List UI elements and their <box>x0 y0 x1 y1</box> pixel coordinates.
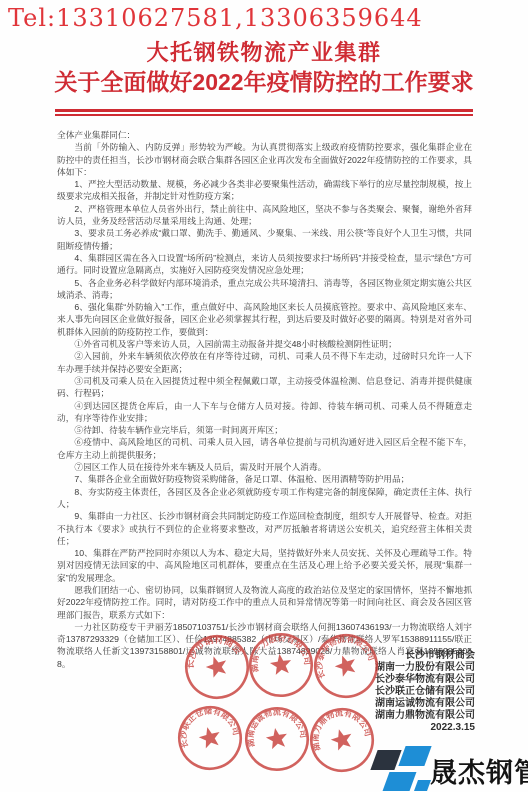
company-stamp: 长沙泰华物流有限公司 <box>313 633 379 699</box>
paragraph: ⑦园区工作人员在接待外来车辆及人员后，需及时开展个人消毒。 <box>57 461 472 473</box>
signature-company: 湖南一力股份有限公司 <box>375 662 475 674</box>
paragraph: 3、要求员工务必养成“戴口罩、勤洗手、勤通风、少聚集、一米线、用公筷”等良好个人… <box>57 227 472 252</box>
paragraph: ⑤待卸、待装车辆作业完毕后，须第一时间离开库区； <box>57 424 472 436</box>
paragraph: 6、强化集群“外防输入”工作，重点做好中、高风险地区来长人员摸底管控。要求中、高… <box>57 301 472 338</box>
paragraph: 7、集群各企业全面做好防疫物资采购储备，备足口罩、体温枪、医用酒精等防护用品； <box>57 473 472 485</box>
paragraph: 2、严格管理本单位人员省外出行，禁止前往中、高风险地区，坚决不参与各类聚会、聚餐… <box>57 203 472 228</box>
watermark-brand-name: 晟杰钢管 <box>430 751 528 790</box>
signature-company: 长沙泰华物流有限公司 <box>375 674 475 686</box>
company-stamp: 长沙联正仓储有限公司 <box>177 705 243 771</box>
document-title-org: 大托钢铁物流产业集群 <box>0 36 528 67</box>
logo-parallelogram-blue-top <box>398 746 431 766</box>
paragraph: ④到达园区提货仓库后，由一人下车与仓储方人员对接。待卸、待装车辆司机、司乘人员不… <box>57 400 472 425</box>
company-stamp: 湖南力鼎物流有限公司 <box>309 707 375 773</box>
company-stamp: 长沙市钢材商会 <box>184 634 250 700</box>
signature-company-lines: 长沙市钢材商会湖南一力股份有限公司长沙泰华物流有限公司长沙联正仓储有限公司湖南运… <box>375 650 475 722</box>
paragraph: ⑥疫情中、高风险地区的司机、司乘人员入园，请各单位提前与司机沟通好进入园区后全程… <box>57 436 472 461</box>
paragraph: ②入园前，外来车辆须依次停放在有序等待过磅，司机、司乘人员不得下车走动，过磅时只… <box>57 350 472 375</box>
body-paragraphs: 当前「外防输入、内防反弹」形势较为严峻。为认真贯彻落实上级政府疫情防控要求，强化… <box>57 141 472 670</box>
paragraph: 愿我们团结一心、密切协同，以集群钢贸人及物流人高度的政治站位及坚定的家国情怀，坚… <box>57 584 472 621</box>
signature-company: 长沙市钢材商会 <box>375 650 475 662</box>
paragraph: 当前「外防输入、内防反弹」形势较为严峻。为认真贯彻落实上级政府疫情防控要求，强化… <box>57 141 472 178</box>
contact-phone-line: Tel:13310627581,13306359644 <box>8 4 423 32</box>
company-stamp: 湖南运诚物流有限公司 <box>244 706 310 772</box>
paragraph: ①外省司机及客户等来访人员，入园前需主动报备并提交48小时核酸检测阴性证明； <box>57 338 472 350</box>
salutation: 全体产业集群同仁： <box>57 129 472 141</box>
paragraph: 10、集群在严防严控同时亦须以人为本、稳定大局，坚持做好外来人员安抚、关怀及心理… <box>57 547 472 584</box>
paragraph: 5、各企业务必科学做好内部环境消杀，重点完成公共环境清扫、消毒等，各园区物业须定… <box>57 277 472 302</box>
paragraph: 4、集群园区需在各入口设置“场所码”检测点，来访人员须按要求扫“场所码”并接受检… <box>57 252 472 277</box>
signature-company: 湖南运诚物流有限公司 <box>375 698 475 710</box>
document-body: 全体产业集群同仁： 当前「外防输入、内防反弹」形势较为严峻。为认真贯彻落实上级政… <box>57 129 472 670</box>
document-title-subject: 关于全面做好2022年疫情防控的工作要求 <box>0 64 528 97</box>
paragraph: 8、夯实防疫主体责任，各园区及各企业必须就防疫专项工作构建完备的制度保障，确定责… <box>57 486 472 511</box>
logo-parallelogram-blue-bottom <box>383 772 417 791</box>
title-divider-rule <box>55 109 473 116</box>
paragraph: ③司机及司乘人员在入园提货过程中须全程佩戴口罩，主动接受体温检测、信息登记、消毒… <box>57 375 472 400</box>
paragraph: 1、严控大型活动数量、规模，务必减少各类非必要聚集性活动，确需线下举行的应尽量控… <box>57 178 472 203</box>
signature-date: 2022.3.15 <box>375 722 475 734</box>
document-page: Tel:13310627581,13306359644 大托钢铁物流产业集群 关… <box>0 0 528 792</box>
company-stamp: 湖南一力股份有限公司 <box>248 632 314 698</box>
logo-parallelogram-blue-small <box>414 780 431 791</box>
signature-company: 湖南力鼎物流有限公司 <box>375 710 475 722</box>
signature-block: 长沙市钢材商会湖南一力股份有限公司长沙泰华物流有限公司长沙联正仓储有限公司湖南运… <box>375 650 475 734</box>
signature-company: 长沙联正仓储有限公司 <box>375 686 475 698</box>
paragraph: 9、集群由一力社区、长沙市钢材商会共同制定防疫工作巡回检查制度，组织专人开展督导… <box>57 510 472 547</box>
